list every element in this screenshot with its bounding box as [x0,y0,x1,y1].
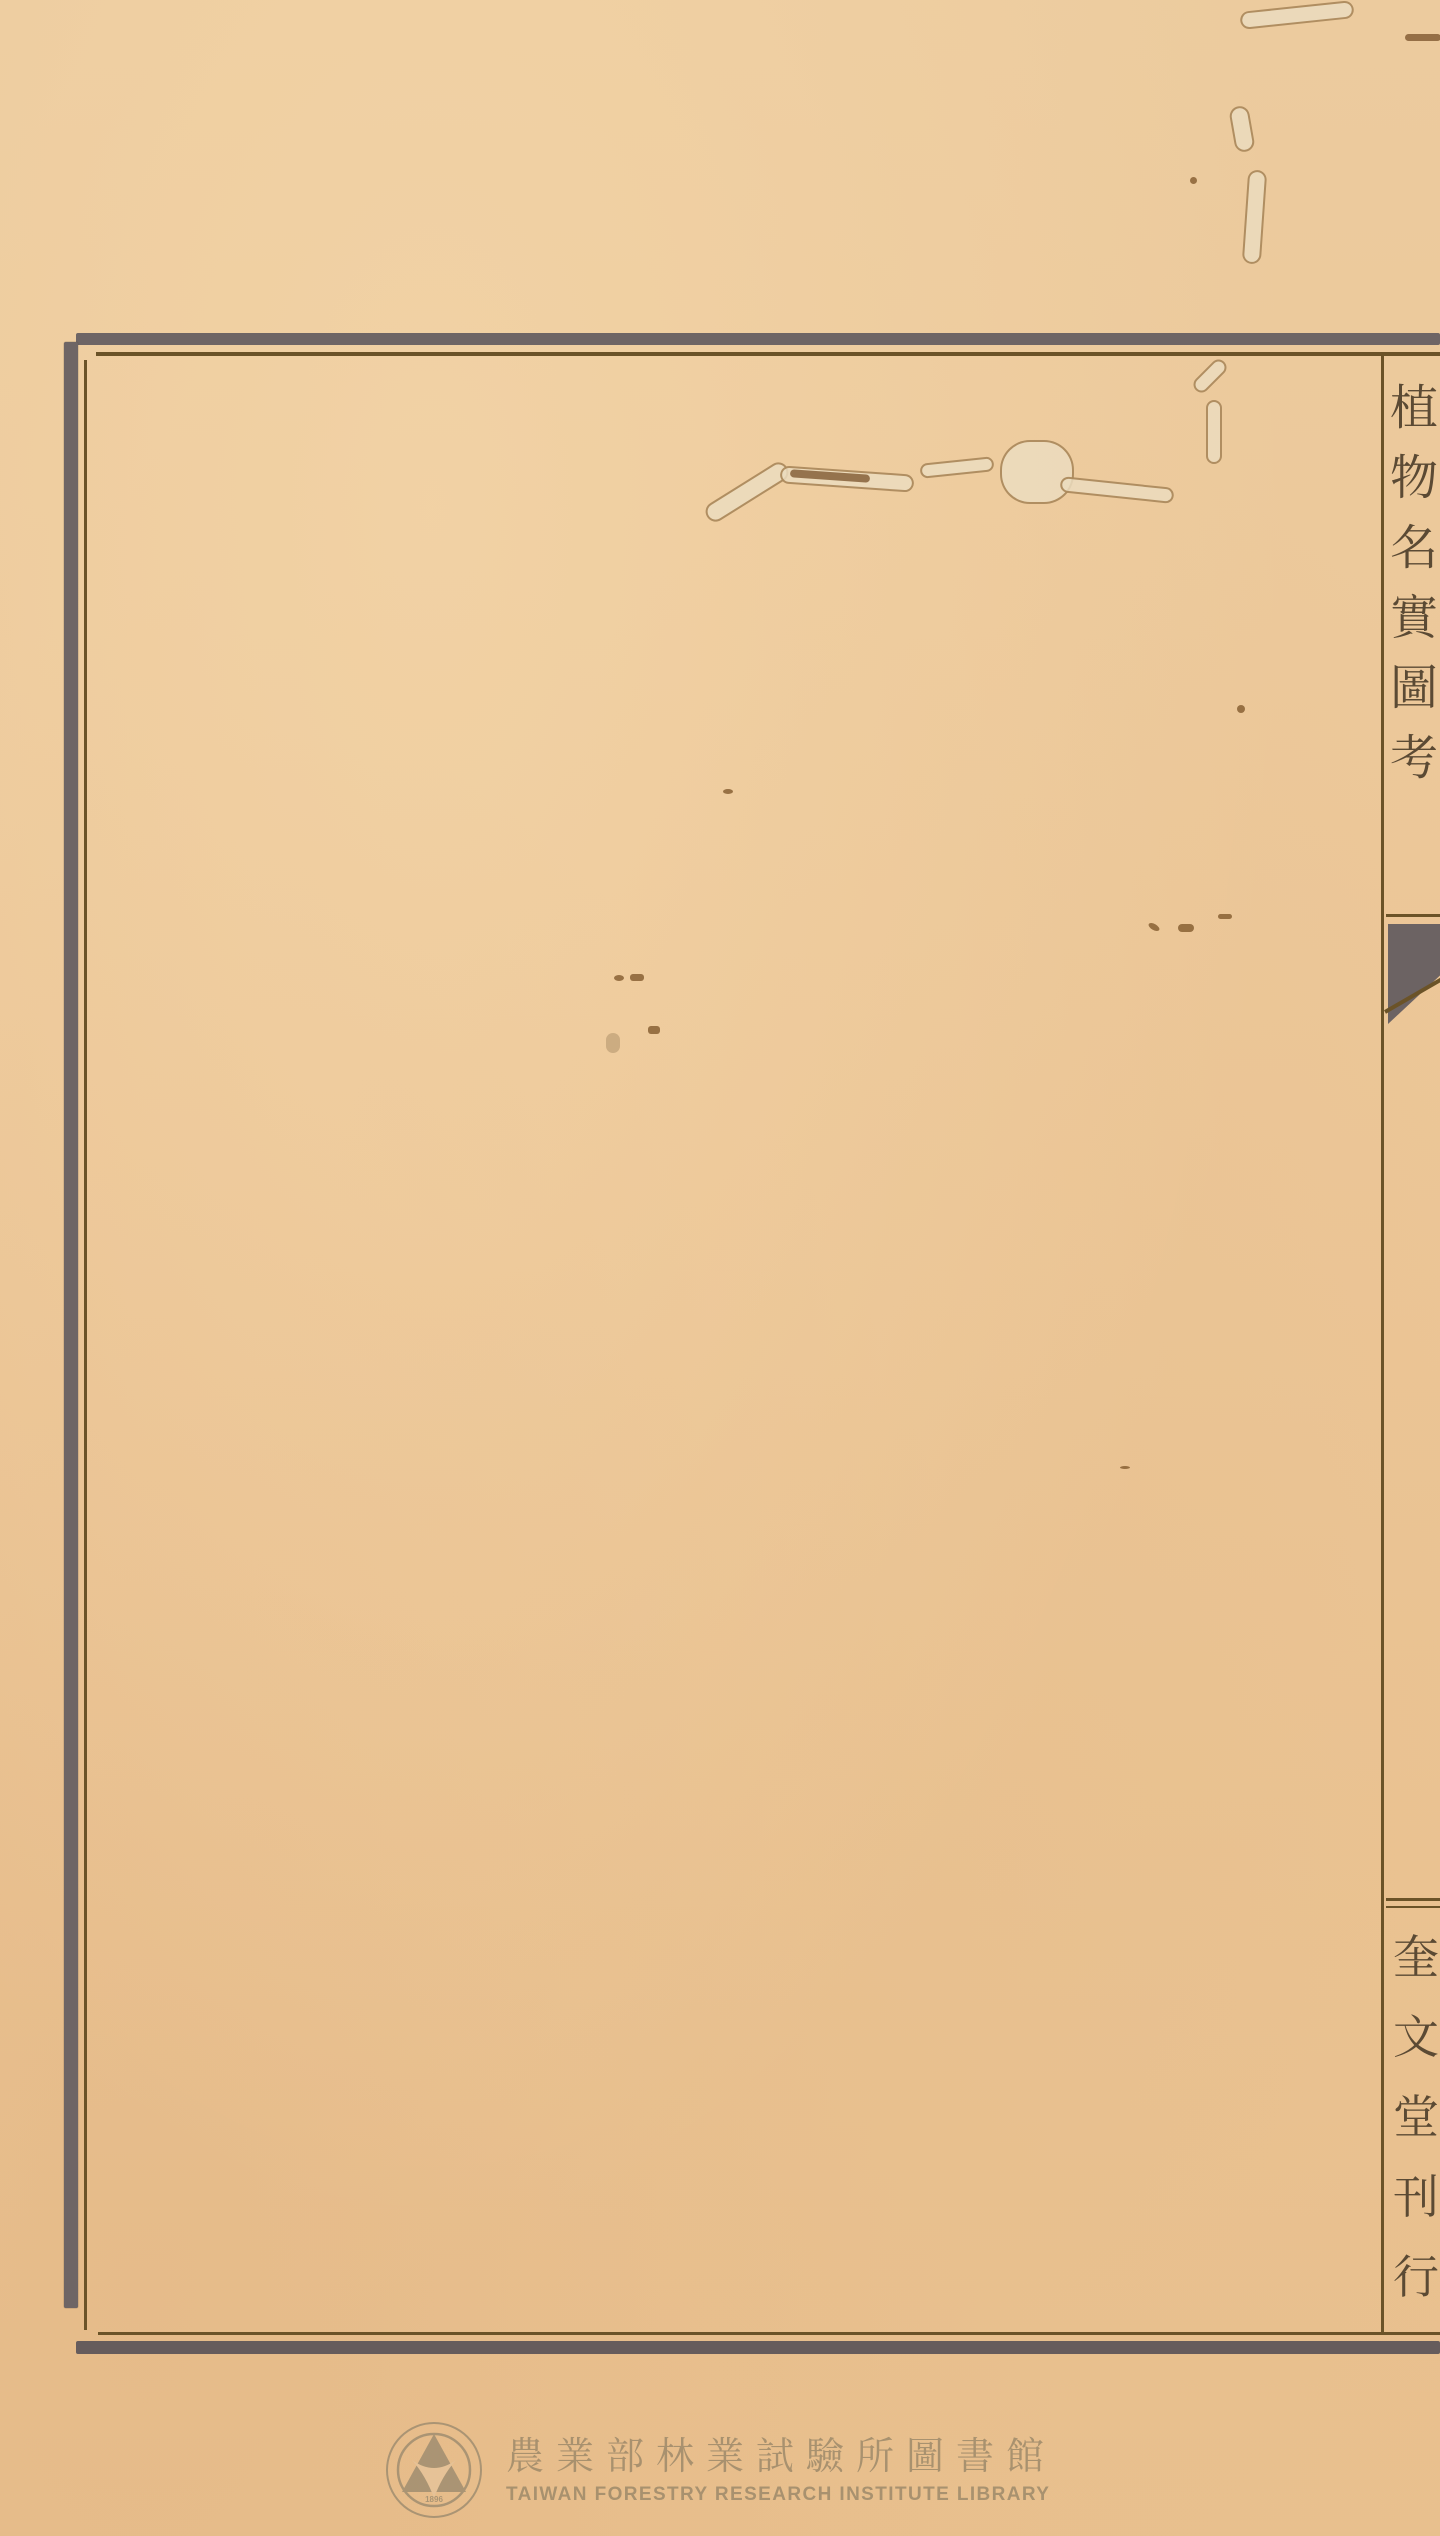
side-column-publisher: 奎 文 堂 刊 行 [1393,1930,1440,2304]
publisher-char: 文 [1393,2010,1440,2064]
publisher-char: 行 [1393,2250,1440,2304]
publisher-rule [1386,1898,1440,1901]
frame-outer-left-border [64,342,78,2308]
publisher-char: 堂 [1393,2090,1440,2144]
title-char: 名 [1390,520,1440,576]
publisher-rule [1386,1906,1440,1908]
publisher-char: 奎 [1393,1930,1440,1984]
frame-outer-top-border [76,333,1440,345]
fishtail-rule [1386,914,1440,917]
title-char: 考 [1390,730,1440,786]
blank-page-body [90,360,1378,2330]
library-name-chinese: 農業部林業試驗所圖書館 [506,2434,1056,2478]
frame-outer-bottom-border [76,2341,1440,2354]
svg-text:1896: 1896 [425,2495,443,2504]
library-name-english: TAIWAN FORESTRY RESEARCH INSTITUTE LIBRA… [506,2484,1056,2506]
title-char: 實 [1390,590,1440,646]
publisher-char: 刊 [1393,2170,1440,2224]
fishtail-block-icon [1388,924,1440,1024]
title-char: 物 [1390,450,1440,506]
title-char: 圖 [1390,660,1440,716]
frame-inner-bottom-border [98,2332,1440,2335]
title-char: 植 [1390,380,1440,436]
side-column-divider [1381,355,1384,2333]
frame-inner-left-border [84,360,87,2330]
frame-inner-top-border [96,352,1440,356]
institute-logo-icon: 1896 [384,2420,484,2520]
side-column-book-title: 植 物 名 實 圖 考 [1390,380,1440,786]
library-watermark: 1896 農業部林業試驗所圖書館 TAIWAN FORESTRY RESEARC… [384,2420,1056,2520]
